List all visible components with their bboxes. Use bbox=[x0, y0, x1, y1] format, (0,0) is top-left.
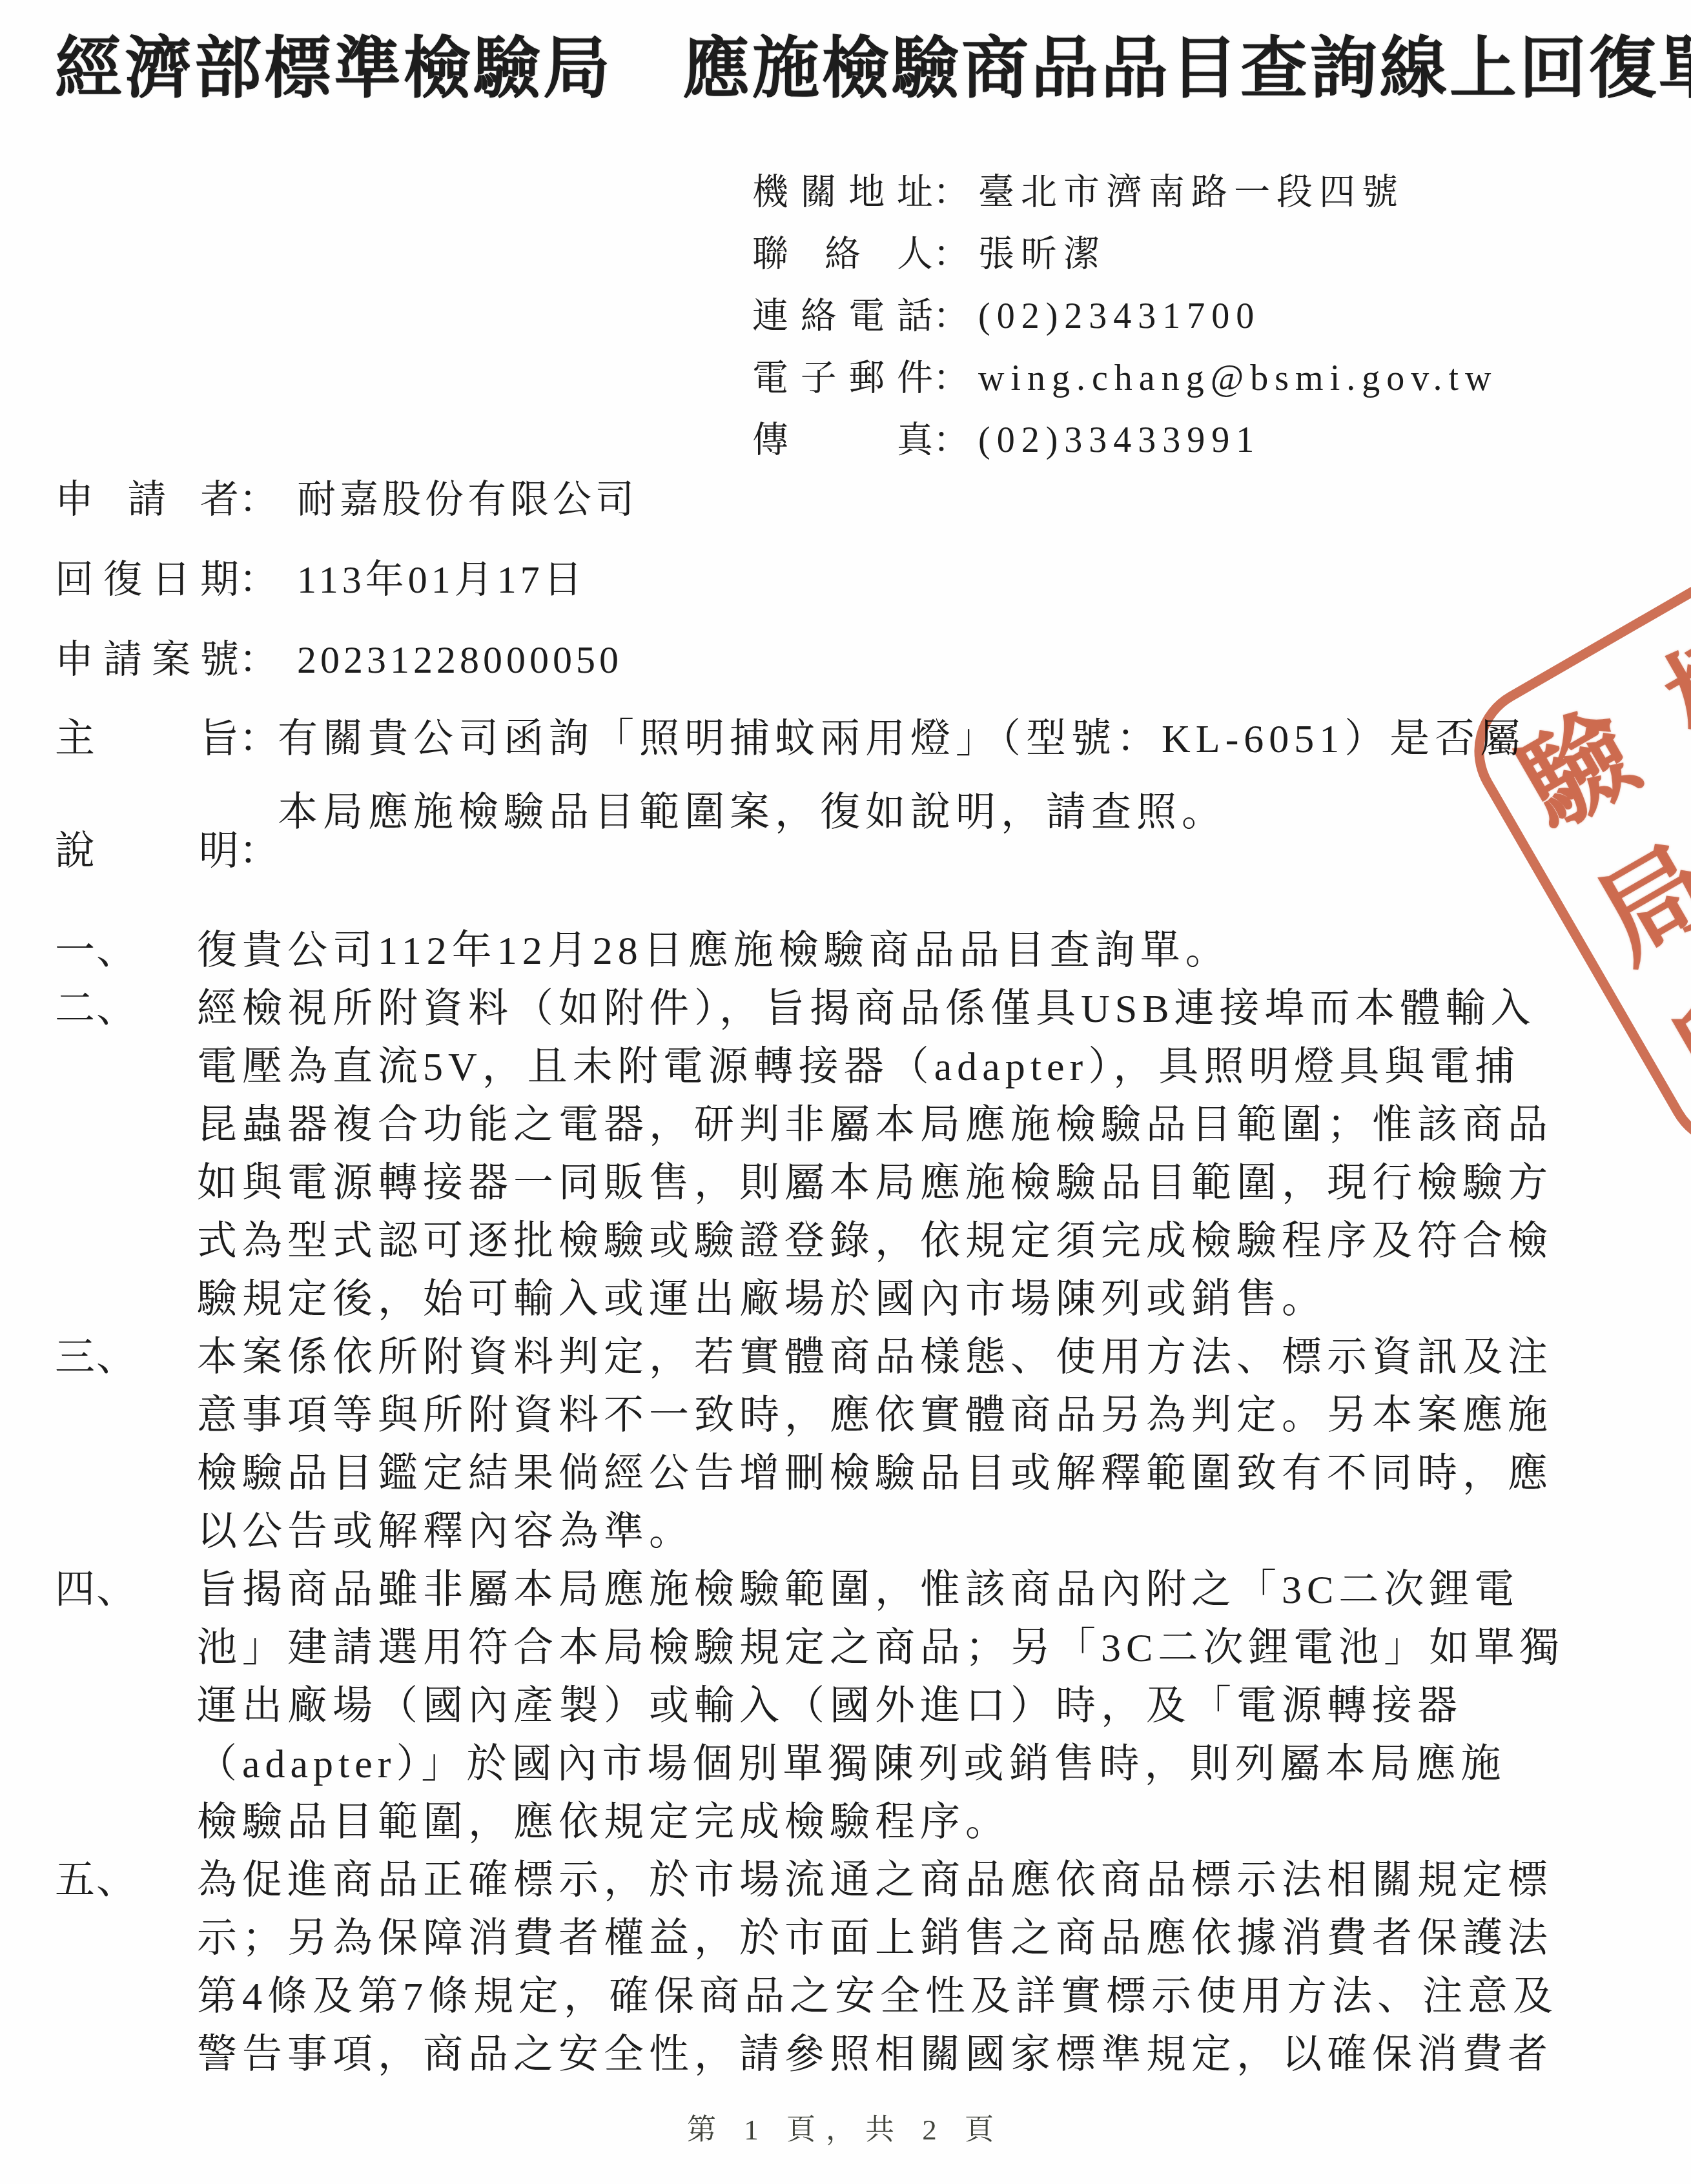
list-item-3: 三、 本案係依所附資料判定，若實體商品樣態、使用方法、標示資訊及注 意事項等與所… bbox=[55, 1329, 1564, 1561]
item-text-line: 運出廠場（國內產製）或輸入（國外進口）時，及「電源轉接器 bbox=[197, 1677, 1564, 1735]
colon: ： bbox=[239, 478, 278, 521]
contact-row-fax: 傳真：(02)33433991 bbox=[752, 409, 1498, 471]
item-text-line: 如與電源轉接器一同販售，則屬本局應施檢驗品目範圍，現行檢驗方 bbox=[197, 1154, 1564, 1212]
item-text: 旨揭商品雖非屬本局應施檢驗範圍，惟該商品內附之「3C二次鋰電 池」建請選用符合本… bbox=[197, 1561, 1564, 1852]
item-text-line: 第4條及第7條規定，確保商品之安全性及詳實標示使用方法、注意及 bbox=[197, 1968, 1564, 2026]
reply-date-value: 113年01月17日 bbox=[297, 558, 586, 601]
explanation-label-cell: 說明： bbox=[55, 815, 278, 888]
colon: ： bbox=[933, 420, 969, 460]
list-item-2: 二、 經檢視所附資料（如附件），旨揭商品係僅具USB連接埠而本體輸入 電壓為直流… bbox=[55, 980, 1564, 1329]
explanation-item-list: 一、 復貴公司112年12月28日應施檢驗商品品目查詢單。 二、 經檢視所附資料… bbox=[55, 922, 1564, 2084]
item-number: 一、 bbox=[55, 922, 197, 980]
application-meta-block: 申請者：耐嘉股份有限公司 回復日期：113年01月17日 申請案號：202312… bbox=[55, 460, 638, 700]
agency-contact-block: 機關地址：臺北市濟南路一段四號 聯絡人：張昕潔 連絡電話：(02)2343170… bbox=[752, 161, 1498, 471]
item-number: 五、 bbox=[55, 1852, 197, 2084]
contact-label: 聯絡人 bbox=[752, 223, 933, 285]
item-text-line: 昆蟲器複合功能之電器，研判非屬本局應施檢驗品目範圍；惟該商品 bbox=[197, 1096, 1564, 1154]
colon: ： bbox=[933, 172, 969, 212]
item-number: 三、 bbox=[55, 1329, 197, 1561]
item-text-line: 檢驗品目範圍，應依規定完成檢驗程序。 bbox=[197, 1793, 1564, 1852]
subject-label: 主旨 bbox=[55, 702, 239, 776]
reply-date-label: 回復日期 bbox=[55, 540, 239, 620]
item-text-line: 意事項等與所附資料不一致時，應依實體商品另為判定。另本案應施 bbox=[197, 1387, 1564, 1445]
item-text-line: （adapter）」於國內市場個別單獨陳列或銷售時，則列屬本局應施 bbox=[197, 1735, 1564, 1793]
explanation-label: 說明 bbox=[55, 815, 239, 888]
contact-row-address: 機關地址：臺北市濟南路一段四號 bbox=[752, 161, 1498, 223]
item-number: 四、 bbox=[55, 1561, 197, 1852]
item-text-line: 警告事項，商品之安全性，請參照相關國家標準規定，以確保消費者 bbox=[197, 2026, 1564, 2084]
colon: ： bbox=[239, 558, 278, 601]
item-text-line: 以公告或解釋內容為準。 bbox=[197, 1503, 1564, 1561]
colon: ： bbox=[933, 358, 969, 398]
item-text: 經檢視所附資料（如附件），旨揭商品係僅具USB連接埠而本體輸入 電壓為直流5V，… bbox=[197, 980, 1564, 1329]
list-item-5: 五、 為促進商品正確標示，於市場流通之商品應依商品標示法相關規定標 示；另為保障… bbox=[55, 1852, 1564, 2084]
contact-row-person: 聯絡人：張昕潔 bbox=[752, 223, 1498, 285]
item-text-line: 為促進商品正確標示，於市場流通之商品應依商品標示法相關規定標 bbox=[197, 1852, 1564, 1910]
item-text-line: 驗規定後，始可輸入或運出廠場於國內市場陳列或銷售。 bbox=[197, 1271, 1564, 1329]
contact-value-person: 張昕潔 bbox=[978, 234, 1106, 274]
page-title: 經濟部標準檢驗局 應施檢驗商品品目查詢線上回復單 bbox=[55, 25, 1669, 115]
contact-label: 電子郵件 bbox=[752, 347, 933, 409]
item-text: 本案係依所附資料判定，若實體商品樣態、使用方法、標示資訊及注 意事項等與所附資料… bbox=[197, 1329, 1564, 1561]
list-item-1: 一、 復貴公司112年12月28日應施檢驗商品品目查詢單。 bbox=[55, 922, 1564, 980]
item-text-line: 檢驗品目鑑定結果倘經公告增刪檢驗品目或解釋範圍致有不同時，應 bbox=[197, 1445, 1564, 1503]
contact-value-phone: (02)23431700 bbox=[978, 296, 1260, 336]
explanation-section: 說明： bbox=[55, 815, 278, 888]
subject-text-line: 本局應施檢驗品目範圍案，復如說明，請查照。 bbox=[278, 776, 1525, 850]
contact-label: 機關地址 bbox=[752, 161, 933, 223]
page-footer: 第 1 頁，共 2 頁 bbox=[0, 2106, 1691, 2148]
item-text: 復貴公司112年12月28日應施檢驗商品品目查詢單。 bbox=[197, 922, 1564, 980]
reply-date-row: 回復日期：113年01月17日 bbox=[55, 540, 638, 620]
item-text-line: 式為型式認可逐批檢驗或驗證登錄，依規定須完成檢驗程序及符合檢 bbox=[197, 1212, 1564, 1271]
contact-row-email: 電子郵件：wing.chang@bsmi.gov.tw bbox=[752, 347, 1498, 409]
item-text-line: 經檢視所附資料（如附件），旨揭商品係僅具USB連接埠而本體輸入 bbox=[197, 980, 1564, 1038]
applicant-row: 申請者：耐嘉股份有限公司 bbox=[55, 460, 638, 540]
seal-character: 驗 bbox=[1498, 685, 1659, 857]
item-text-line: 示；另為保障消費者權益，於市面上銷售之商品應依據消費者保護法 bbox=[197, 1910, 1564, 1968]
contact-row-phone: 連絡電話：(02)23431700 bbox=[752, 285, 1498, 347]
item-text-line: 電壓為直流5V，且未附電源轉接器（adapter），具照明燈具與電捕 bbox=[197, 1038, 1564, 1096]
colon: ： bbox=[239, 638, 278, 681]
item-text-line: 本案係依所附資料判定，若實體商品樣態、使用方法、標示資訊及注 bbox=[197, 1329, 1564, 1387]
item-text: 為促進商品正確標示，於市場流通之商品應依商品標示法相關規定標 示；另為保障消費者… bbox=[197, 1852, 1564, 2084]
item-text-line: 池」建請選用符合本局檢驗規定之商品；另「3C二次鋰電池」如單獨 bbox=[197, 1619, 1564, 1677]
contact-value-address: 臺北市濟南路一段四號 bbox=[978, 172, 1404, 212]
colon: ： bbox=[933, 296, 969, 336]
contact-value-fax: (02)33433991 bbox=[978, 420, 1260, 460]
colon: ： bbox=[933, 234, 969, 274]
list-item-4: 四、 旨揭商品雖非屬本局應施檢驗範圍，惟該商品內附之「3C二次鋰電 池」建請選用… bbox=[55, 1561, 1564, 1852]
subject-text: 有關貴公司函詢「照明捕蚊兩用燈」（型號：KL-6051）是否屬 本局應施檢驗品目… bbox=[278, 702, 1525, 850]
seal-character: 局 bbox=[1575, 819, 1691, 991]
document-page: 經濟部標準檢驗局 應施檢驗商品品目查詢線上回復單 機關地址：臺北市濟南路一段四號… bbox=[0, 0, 1691, 2184]
item-text-line: 旨揭商品雖非屬本局應施檢驗範圍，惟該商品內附之「3C二次鋰電 bbox=[197, 1561, 1564, 1619]
case-number-label: 申請案號 bbox=[55, 620, 239, 700]
item-text-line: 復貴公司112年12月28日應施檢驗商品品目查詢單。 bbox=[197, 922, 1564, 980]
seal-character: 標 bbox=[1644, 601, 1691, 773]
contact-label: 連絡電話 bbox=[752, 285, 933, 347]
case-number-value: 20231228000050 bbox=[297, 638, 622, 681]
applicant-value: 耐嘉股份有限公司 bbox=[297, 478, 638, 521]
colon: ： bbox=[239, 830, 279, 873]
contact-label: 傳真 bbox=[752, 409, 933, 471]
colon: ： bbox=[239, 717, 279, 761]
applicant-label: 申請者 bbox=[55, 460, 239, 540]
contact-value-email: wing.chang@bsmi.gov.tw bbox=[978, 358, 1498, 398]
subject-text-line: 有關貴公司函詢「照明捕蚊兩用燈」（型號：KL-6051）是否屬 bbox=[278, 702, 1525, 776]
case-number-row: 申請案號：20231228000050 bbox=[55, 620, 638, 700]
item-number: 二、 bbox=[55, 980, 197, 1329]
